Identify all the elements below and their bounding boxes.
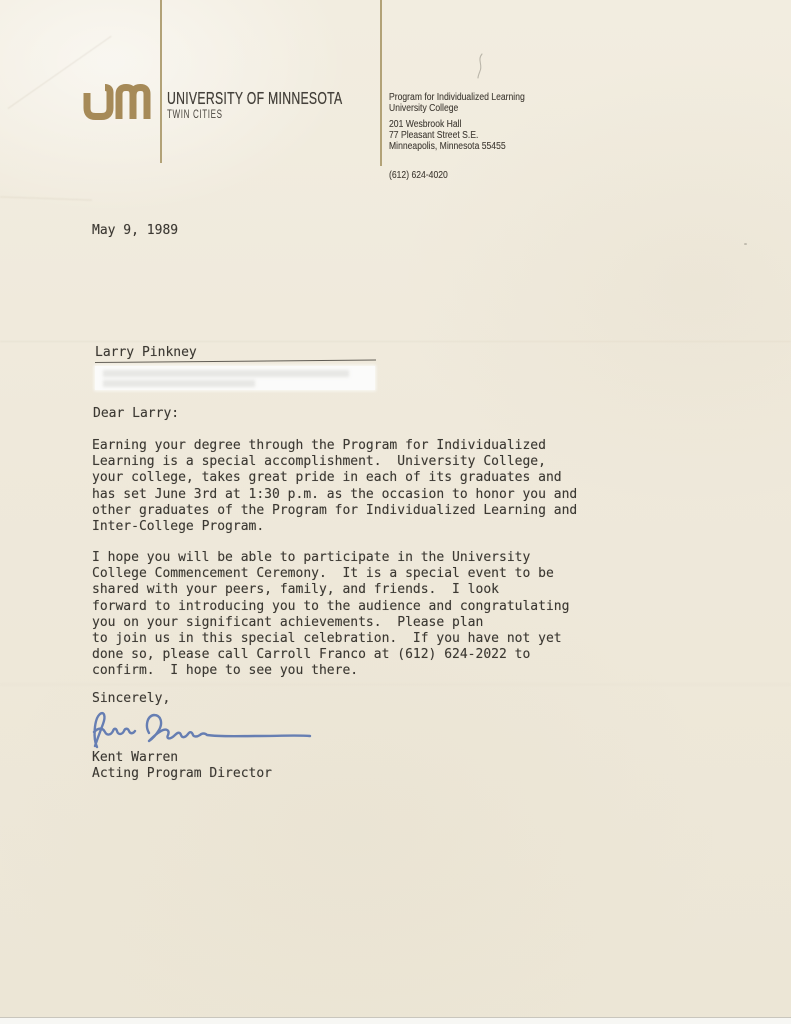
redacted-text-ghost [103, 380, 255, 387]
university-name: UNIVERSITY OF MINNESOTA [167, 88, 342, 109]
address-line: 77 Pleasant Street S.E. [389, 130, 525, 141]
body-paragraph-1: Earning your degree through the Program … [92, 438, 577, 535]
letterhead-department-block: Program for Individualized Learning Univ… [389, 92, 525, 152]
signer-title: Acting Program Director [92, 766, 272, 782]
scan-speck [744, 243, 747, 245]
salutation: Dear Larry: [93, 406, 179, 422]
letterhead-phone: (612) 624-4020 [389, 170, 448, 181]
signer-name: Kent Warren [92, 750, 178, 766]
letter-date: May 9, 1989 [92, 223, 178, 239]
handwritten-signature [86, 705, 318, 753]
university-monogram-icon [81, 83, 152, 123]
address-line: 201 Wesbrook Hall [389, 119, 525, 130]
college-name-line: University College [389, 103, 525, 114]
redacted-text-ghost [103, 370, 349, 377]
body-paragraph-2: I hope you will be able to participate i… [92, 550, 569, 680]
recipient-name: Larry Pinkney [95, 345, 197, 361]
redacted-address-block [95, 366, 375, 390]
paper-fold-crease [0, 684, 791, 685]
letter-paper: UNIVERSITY OF MINNESOTA TWIN CITIES Prog… [0, 0, 791, 1018]
letterhead-divider-left [160, 0, 162, 163]
paper-fold-crease [0, 341, 791, 342]
letterhead-divider-right [380, 0, 382, 166]
scan-artifact-mark [474, 52, 486, 80]
scanned-letter: UNIVERSITY OF MINNESOTA TWIN CITIES Prog… [0, 0, 791, 1024]
scan-bed-edge [0, 1017, 791, 1024]
address-line: Minneapolis, Minnesota 55455 [389, 141, 525, 152]
paper-crease [0, 196, 92, 200]
program-name-line: Program for Individualized Learning [389, 92, 525, 103]
campus-name: TWIN CITIES [167, 109, 223, 121]
